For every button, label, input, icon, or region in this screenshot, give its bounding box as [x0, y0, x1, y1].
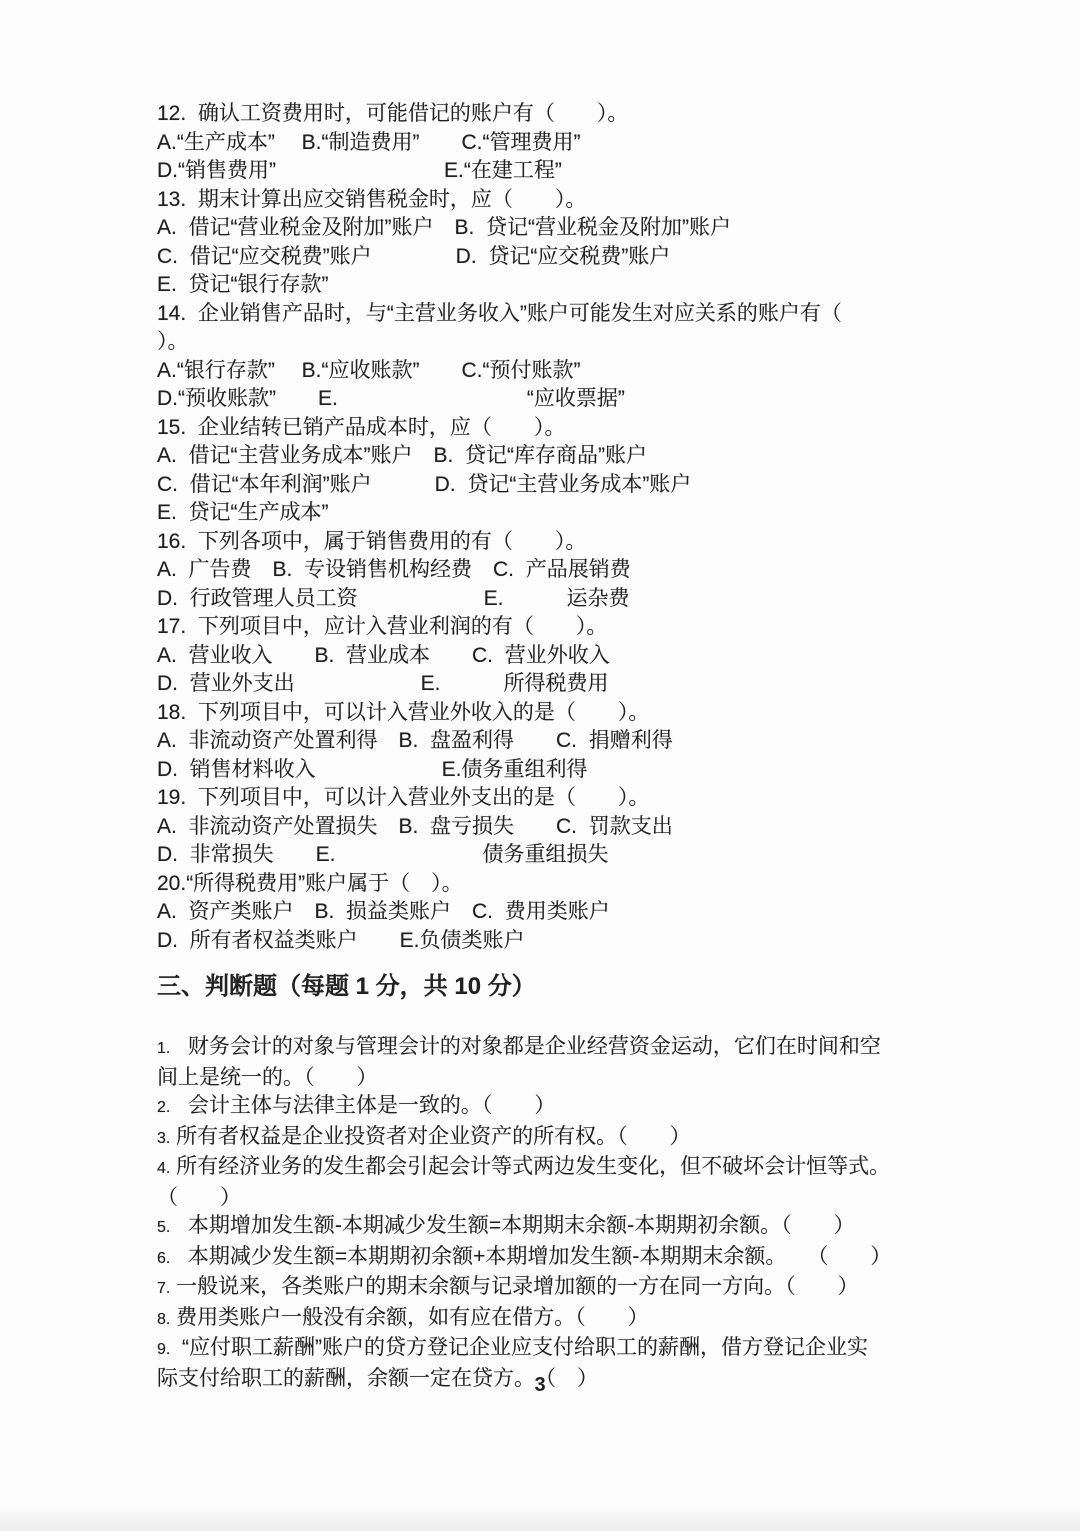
judgment-line: 4. 所有经济业务的发生都会引起会计等式两边发生变化，但不破坏会计恒等式。	[157, 1153, 967, 1184]
judgment-line: 1. 财务会计的对象与管理会计的对象都是企业经营资金运动，它们在时间和空	[157, 1033, 967, 1064]
mc-line: 12. 确认工资费用时，可能借记的账户有（ ）。	[157, 100, 967, 129]
mc-line: E. 贷记“生产成本”	[157, 499, 967, 528]
judgment-item-number: 8.	[157, 1311, 170, 1328]
judgment-line: 8. 费用类账户一般没有余额，如有应在借方。（ ）	[157, 1304, 967, 1335]
mc-line: 20.“所得税费用”账户属于（ ）。	[157, 870, 967, 899]
mc-line: 18. 下列项目中，可以计入营业外收入的是（ ）。	[157, 699, 967, 728]
judgment-line: （ ）	[157, 1184, 967, 1213]
mc-line: C. 借记“本年利润”账户 D. 贷记“主营业务成本”账户	[157, 471, 967, 500]
scan-shadow-strip	[0, 1505, 1080, 1531]
mc-line: C. 借记“应交税费”账户 D. 贷记“应交税费”账户	[157, 243, 967, 272]
mc-line: A. 营业收入 B. 营业成本 C. 营业外收入	[157, 642, 967, 671]
judgment-line: 间上是统一的。（ ）	[157, 1064, 967, 1093]
judgment-line: 7. 一般说来，各类账户的期末余额与记录增加额的一方在同一方向。（ ）	[157, 1273, 967, 1304]
mc-line: 14. 企业销售产品时，与“主营业务收入”账户可能发生对应关系的账户有（	[157, 300, 967, 329]
mc-line: 15. 企业结转已销产品成本时，应（ ）。	[157, 414, 967, 443]
mc-line: A. 非流动资产处置损失 B. 盘亏损失 C. 罚款支出	[157, 813, 967, 842]
mc-line: D.“销售费用” E.“在建工程”	[157, 157, 967, 186]
judgment-line: 6. 本期减少发生额=本期期初余额+本期增加发生额-本期期末余额。 （ ）	[157, 1243, 967, 1274]
mc-line: D. 非常损失 E. 债务重组损失	[157, 841, 967, 870]
mc-line: A. 资产类账户 B. 损益类账户 C. 费用类账户	[157, 898, 967, 927]
judgment-item-number: 7.	[157, 1280, 170, 1297]
mc-line: A. 非流动资产处置利得 B. 盘盈利得 C. 捐赠利得	[157, 727, 967, 756]
mc-line: 16. 下列各项中，属于销售费用的有（ ）。	[157, 528, 967, 557]
judgment-item-number: 6.	[157, 1250, 170, 1267]
judgment-item-number: 1.	[157, 1040, 170, 1057]
mc-line: 17. 下列项目中，应计入营业利润的有（ ）。	[157, 613, 967, 642]
exam-page: 12. 确认工资费用时，可能借记的账户有（ ）。A.“生产成本” B.“制造费用…	[0, 0, 1080, 1531]
mc-line: E. 贷记“银行存款”	[157, 271, 967, 300]
mc-line: ）。	[157, 328, 967, 357]
mc-line: A. 借记“营业税金及附加”账户 B. 贷记“营业税金及附加”账户	[157, 214, 967, 243]
judgment-item-number: 4.	[157, 1160, 170, 1177]
mc-line: 19. 下列项目中，可以计入营业外支出的是（ ）。	[157, 784, 967, 813]
judgment-line: 9. “应付职工薪酬”账户的贷方登记企业应支付给职工的薪酬，借方登记企业实	[157, 1334, 967, 1365]
mc-line: A.“银行存款” B.“应收账款” C.“预付账款”	[157, 357, 967, 386]
section-heading-judgment: 三、判断题（每题 1 分，共 10 分）	[157, 970, 967, 1004]
mc-line: D.“预收账款” E. “应收票据”	[157, 385, 967, 414]
mc-line: A.“生产成本” B.“制造费用” C.“管理费用”	[157, 129, 967, 158]
mc-line: D. 销售材料收入 E.债务重组利得	[157, 756, 967, 785]
judgment-section: 1. 财务会计的对象与管理会计的对象都是企业经营资金运动，它们在时间和空间上是统…	[157, 1033, 967, 1393]
mc-line: D. 行政管理人员工资 E. 运杂费	[157, 585, 967, 614]
judgment-line: 3. 所有者权益是企业投资者对企业资产的所有权。（ ）	[157, 1123, 967, 1154]
judgment-line: 5. 本期增加发生额-本期减少发生额=本期期末余额-本期期初余额。（ ）	[157, 1212, 967, 1243]
mc-line: D. 所有者权益类账户 E.负债类账户	[157, 927, 967, 956]
multiple-choice-section: 12. 确认工资费用时，可能借记的账户有（ ）。A.“生产成本” B.“制造费用…	[157, 100, 967, 955]
mc-line: D. 营业外支出 E. 所得税费用	[157, 670, 967, 699]
mc-line: A. 借记“主营业务成本”账户 B. 贷记“库存商品”账户	[157, 442, 967, 471]
judgment-item-number: 9.	[157, 1341, 170, 1358]
page-number: 3	[0, 1374, 1080, 1397]
judgment-line: 2. 会计主体与法律主体是一致的。（ ）	[157, 1092, 967, 1123]
page-content: 12. 确认工资费用时，可能借记的账户有（ ）。A.“生产成本” B.“制造费用…	[157, 100, 967, 1393]
mc-line: A. 广告费 B. 专设销售机构经费 C. 产品展销费	[157, 556, 967, 585]
judgment-item-number: 3.	[157, 1130, 170, 1147]
judgment-item-number: 5.	[157, 1219, 170, 1236]
judgment-item-number: 2.	[157, 1099, 170, 1116]
mc-line: 13. 期末计算出应交销售税金时，应（ ）。	[157, 186, 967, 215]
